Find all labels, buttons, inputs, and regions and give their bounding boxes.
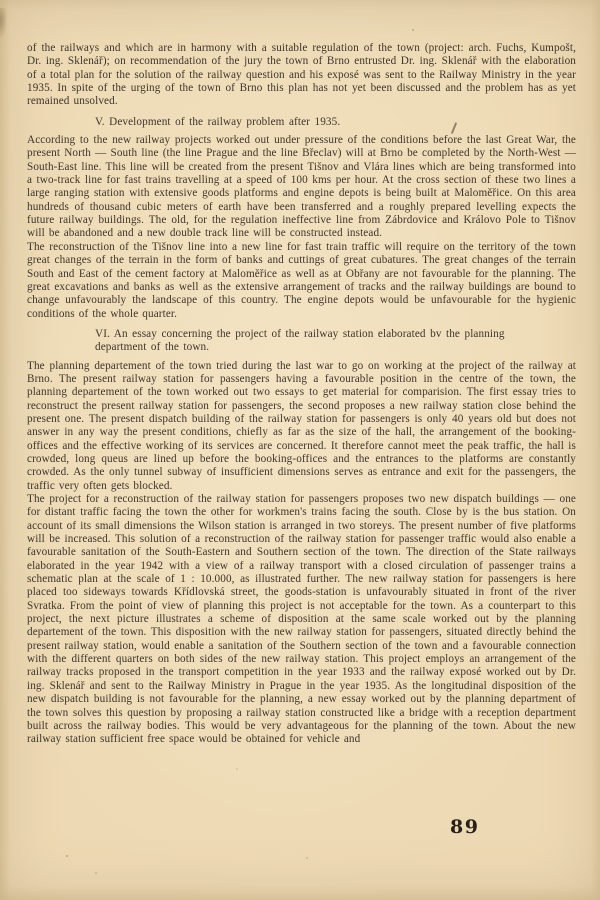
section-vi-paragraph-2: The project for a reconstruction of the …: [27, 493, 576, 747]
paper-speck: [412, 29, 414, 31]
page-text-column: of the railways and which are in harmony…: [27, 42, 576, 747]
section-vi-paragraph-1: The planning departement of the town tri…: [27, 360, 576, 493]
section-v-paragraph-1: According to the new railway projects wo…: [27, 134, 576, 241]
section-v-paragraph-2: The reconstruction of the Tišnov line in…: [27, 241, 576, 321]
scanned-book-page: { "page": { "number": "89" }, "colors": …: [0, 0, 600, 900]
section-vi-heading-line-1: VI. An essay concerning the project of t…: [95, 328, 576, 341]
scan-edge-smudge: [0, 8, 7, 38]
paper-speck: [306, 857, 308, 859]
section-vi-heading: VI. An essay concerning the project of t…: [27, 328, 576, 355]
paper-speck: [95, 872, 97, 874]
paper-speck: [66, 855, 68, 857]
paper-speck: [517, 447, 519, 450]
paragraph-intro-continuation: of the railways and which are in harmony…: [27, 42, 576, 109]
section-v-heading: V. Development of the railway problem af…: [27, 116, 576, 129]
paper-speck: [236, 768, 238, 770]
page-number: 89: [450, 816, 479, 838]
section-vi-heading-line-2: department of the town.: [95, 341, 576, 354]
